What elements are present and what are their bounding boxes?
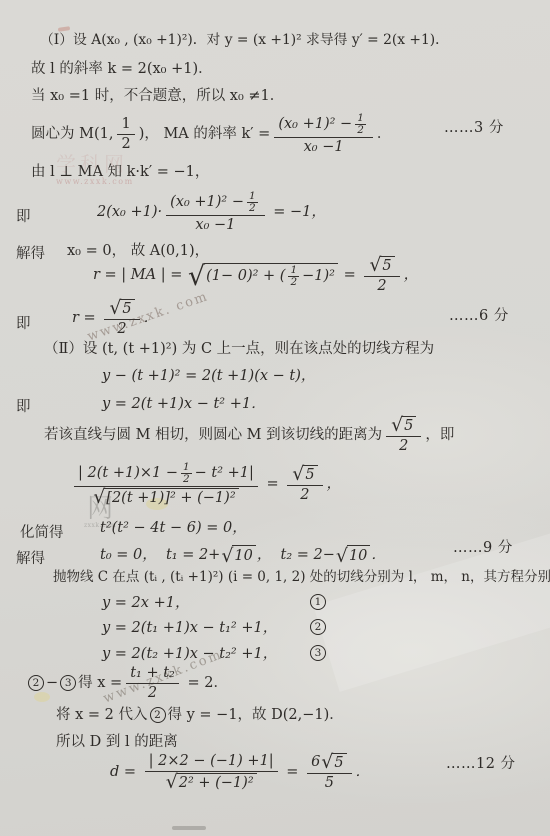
line-three-tangents: 抛物线 C 在点 (tᵢ , (tᵢ +1)²) (i = 0, 1, 2) 处… — [53, 569, 550, 586]
radicand: 10 — [347, 545, 370, 565]
fraction-denominator: 2 — [117, 320, 126, 338]
line-eq2: y = 2(t₁ +1)x − t₁² +1， — [102, 619, 277, 637]
text-run: ． — [377, 125, 392, 143]
text-run: )， MA 的斜率 k′ = — [139, 125, 271, 143]
fraction-denominator: √ [2(t +1)]² + (−1)² — [92, 487, 239, 507]
text-run: = — [262, 475, 283, 493]
text-run: 圆心为 M(1, — [31, 125, 113, 143]
text-run: d = — [110, 763, 141, 781]
text-run: 2(x₀ +1)· — [97, 203, 162, 221]
line-eq1: y = 2x +1， — [102, 594, 189, 612]
fraction-numerator: | 2×2 − (−1) +1| — [145, 753, 278, 772]
square-root: √ 5 — [292, 465, 317, 484]
text-run: = −1， — [269, 203, 326, 221]
fraction-denominator: 2 — [357, 125, 364, 136]
nested-fraction: 1 2 — [355, 113, 366, 136]
score-mark-6pts: ……6 分 — [449, 304, 509, 325]
text-run: 6 — [311, 754, 320, 771]
fraction: | 2(t +1)×1 − 1 2 − t² +1| √ [2(t +1)]² … — [74, 462, 258, 507]
text-run: ． — [144, 309, 159, 327]
line-radius: r = | MA | = √ (1− 0)² + ( 1 2 −1)² = √ … — [93, 256, 418, 294]
square-root: √ 5 — [391, 416, 416, 435]
label-jiede: 解得 — [16, 242, 45, 263]
line-substitute-x2: 将 x = 2 代入 2 得 y = −1，故 D(2,−1)． — [56, 706, 344, 724]
fraction: (x₀ +1)² − 1 2 x₀ −1 — [166, 191, 265, 234]
fraction: | 2×2 − (−1) +1| √ 2² + (−1)² — [145, 753, 278, 791]
circled-3: 3 — [60, 675, 76, 691]
scanned-solution-page: 学科网 www.zxxk.com www.zxxk. com 网 zxxk.co… — [0, 0, 550, 836]
text-run: − t² +1| — [195, 465, 254, 482]
radical-icon: √ — [188, 266, 205, 287]
radicand: 5 — [380, 256, 394, 275]
nested-fraction: 1 2 — [288, 265, 299, 288]
fraction-denominator: 2 — [148, 684, 157, 702]
fraction-denominator: 5 — [325, 774, 334, 792]
fraction-numerator: √ 5 — [104, 299, 139, 320]
text-run: = 2． — [183, 674, 228, 692]
line-tangency-condition: 若该直线与圆 M 相切，则圆心 M 到该切线的距离为 √ 5 2 ，即 — [44, 416, 454, 454]
text-run: t₀ = 0， t₁ = 2+ — [100, 546, 220, 564]
fraction-denominator: 2 — [249, 203, 256, 214]
text-run: 得 y = −1，故 D(2,−1)． — [168, 706, 344, 724]
radicand: [2(t +1)]² + (−1)² — [104, 488, 238, 507]
text-run: (1− 0)² + ( — [206, 267, 285, 285]
line-radius-result: r = √ 5 2 ． — [72, 298, 158, 338]
label-ji: 即 — [16, 312, 31, 333]
score-mark-3pts: ……3 分 — [444, 116, 504, 137]
text-run: ， — [327, 475, 342, 493]
text-run: ， — [404, 266, 419, 284]
text-run: 若该直线与圆 M 相切，则圆心 M 到该切线的距离为 — [44, 426, 382, 444]
scan-smudge — [172, 826, 206, 830]
text-run: r = | MA | = — [93, 266, 187, 284]
square-root: √ 2² + (−1)² — [166, 773, 257, 792]
radicand: 10 — [232, 545, 255, 565]
fraction-numerator: (x₀ +1)² − 1 2 — [166, 191, 265, 216]
line-part1-setup: （Ⅰ）设 A(x₀ , (x₀ +1)²)．对 y = (x +1)² 求导得 … — [40, 32, 449, 49]
fraction-denominator: 2 — [121, 135, 130, 153]
text-run: r = — [72, 309, 100, 327]
label-ji: 即 — [16, 205, 31, 226]
line-eq3: y = 2(t₂ +1)x − t₂² +1， — [102, 645, 277, 663]
score-mark-12pts: ……12 分 — [446, 752, 516, 773]
fraction-numerator: √ 5 — [364, 256, 399, 277]
radicand: 5 — [332, 753, 346, 772]
fraction-denominator: x₀ −1 — [195, 216, 235, 234]
fraction-numerator: 1 — [181, 462, 192, 474]
text-run: ． — [371, 546, 386, 564]
label-ji: 即 — [16, 395, 31, 416]
label-jiede: 解得 — [16, 547, 45, 568]
fraction: √ 5 2 — [104, 299, 139, 337]
radicand: (1− 0)² + ( 1 2 −1)² — [204, 263, 338, 288]
circled-3: 3 — [310, 645, 326, 661]
square-root: √ (1− 0)² + ( 1 2 −1)² — [188, 263, 338, 288]
line-distance-equation: | 2(t +1)×1 − 1 2 − t² +1| √ [2(t +1)]² … — [70, 452, 341, 516]
text-run: − — [46, 674, 58, 692]
fraction: √ 5 2 — [364, 256, 399, 294]
text-run: −1)² — [302, 267, 335, 285]
square-root: √ 5 — [369, 256, 394, 275]
fraction-numerator: √ 5 — [386, 416, 421, 437]
fraction-numerator: | 2(t +1)×1 − 1 2 − t² +1| — [74, 462, 258, 487]
fraction: (x₀ +1)² − 1 2 x₀ −1 — [274, 113, 373, 156]
nested-fraction: 1 2 — [247, 191, 258, 214]
line-final-distance: d = | 2×2 − (−1) +1| √ 2² + (−1)² = 6 √ … — [110, 748, 370, 796]
square-root: √ 10 — [221, 545, 255, 565]
line-t-solutions: t₀ = 0， t₁ = 2+ √ 10 ， t₂ = 2− √ 10 ． — [100, 543, 386, 567]
circled-2: 2 — [150, 707, 166, 723]
radicand: 5 — [120, 299, 134, 318]
radicand: 5 — [303, 465, 317, 484]
line-subtract-eqs: 2 − 3 得 x = t₁ + t₂ 2 = 2． — [26, 662, 228, 704]
fraction-numerator: 1 — [355, 113, 366, 125]
fraction-denominator: 2 — [290, 277, 297, 288]
scan-red-mark — [58, 26, 70, 32]
fraction: t₁ + t₂ 2 — [126, 665, 179, 701]
text-run: ． — [356, 763, 371, 781]
text-run: = — [339, 266, 360, 284]
radicand: 5 — [402, 416, 416, 435]
radicand: 2² + (−1)² — [177, 773, 257, 792]
fraction: √ 5 2 — [386, 416, 421, 454]
fraction-numerator: √ 5 — [287, 465, 322, 486]
fraction-numerator: 1 — [117, 116, 134, 135]
square-root: √ 10 — [336, 545, 370, 565]
fraction-numerator: 6 √ 5 — [307, 753, 351, 774]
fraction: √ 5 2 — [287, 465, 322, 503]
fraction-numerator: t₁ + t₂ — [126, 665, 179, 684]
text-run: 得 x = — [78, 674, 122, 692]
text-run: = — [282, 763, 303, 781]
text-run: (x₀ +1)² − — [278, 116, 352, 133]
circled-2: 2 — [28, 675, 44, 691]
text-run: (x₀ +1)² − — [170, 194, 244, 211]
circled-1: 1 — [310, 594, 326, 610]
square-root: √ [2(t +1)]² + (−1)² — [93, 488, 238, 507]
fraction-denominator: 2 — [183, 474, 190, 485]
line-slope-k: 故 l 的斜率 k = 2(x₀ +1)． — [31, 60, 213, 78]
line-equation-product: 2(x₀ +1)· (x₀ +1)² − 1 2 x₀ −1 = −1， — [97, 188, 326, 236]
line-tangent-eq: y − (t +1)² = 2(t +1)(x − t)， — [102, 367, 315, 385]
fraction-denominator: 2 — [300, 486, 309, 504]
line-center-and-slope: 圆心为 M(1, 1 2 )， MA 的斜率 k′ = (x₀ +1)² − 1… — [31, 110, 391, 158]
line-x0-not-1: 当 x₀ =1 时，不合题意，所以 x₀ ≠1． — [31, 87, 284, 105]
label-huajiande: 化简得 — [20, 521, 64, 542]
text-run: | 2(t +1)×1 − — [78, 465, 178, 482]
line-perpendicular: 由 l ⊥ MA 知 k·k′ = −1， — [31, 163, 209, 181]
circled-2: 2 — [310, 619, 326, 635]
fraction-numerator: (x₀ +1)² − 1 2 — [274, 113, 373, 138]
fraction-numerator: 1 — [247, 191, 258, 203]
square-root: √ 5 — [109, 299, 134, 318]
score-mark-9pts: ……9 分 — [453, 536, 513, 557]
line-simplified-quartic: t²(t² − 4t − 6) = 0， — [100, 519, 247, 537]
fraction-denominator: √ 2² + (−1)² — [165, 772, 258, 792]
square-root: √ 5 — [321, 753, 346, 772]
fraction: 1 2 — [117, 116, 134, 152]
text-run: ，即 — [425, 426, 454, 444]
line-tangent-simplified: y = 2(t +1)x − t² +1． — [102, 395, 266, 413]
fraction: 6 √ 5 5 — [307, 753, 351, 791]
fraction-numerator: 1 — [288, 265, 299, 277]
line-part2-setup: （Ⅱ）设 (t, (t +1)²) 为 C 上一点，则在该点处的切线方程为 — [44, 340, 434, 358]
nested-fraction: 1 2 — [181, 462, 192, 485]
text-run: 将 x = 2 代入 — [56, 706, 148, 724]
text-run: ， t₂ = 2− — [257, 546, 335, 564]
fraction-denominator: 2 — [377, 277, 386, 295]
fraction-denominator: 2 — [399, 437, 408, 455]
fraction-denominator: x₀ −1 — [304, 138, 344, 156]
